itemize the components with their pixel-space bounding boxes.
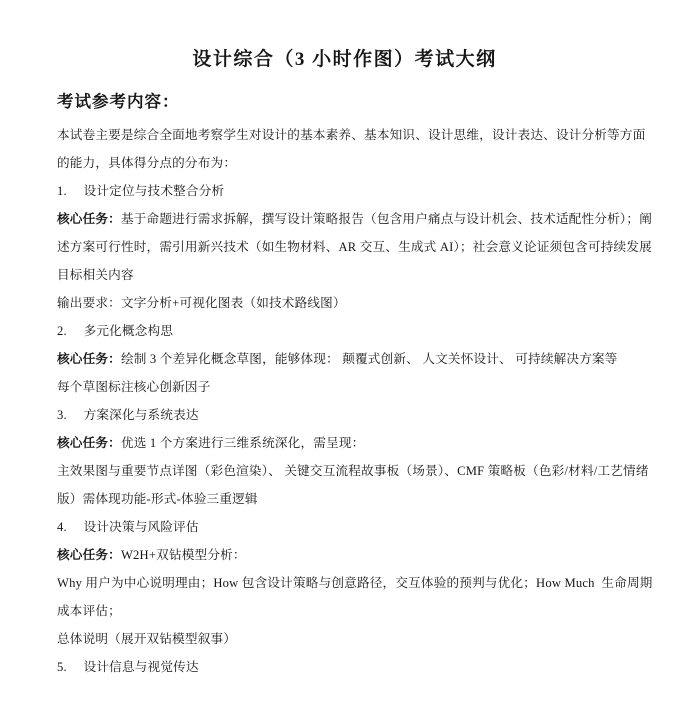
line-bold-prefix: 核心任务： [57,212,121,226]
text-line: 成本评估； [57,597,632,625]
line-text: 主效果图与重要节点详图（彩色渲染）、 关键交互流程故事板（场景）、CMF 策略板… [57,464,649,478]
line-text: 本试卷主要是综合全面地考察学生对设计的基本素养、基本知识、设计思维，设计表达、设… [57,128,646,142]
core-task-line: 核心任务：基于命题进行需求拆解，撰写设计策略报告（包含用户痛点与设计机会、技术适… [57,205,632,233]
line-text: 5. 设计信息与视觉传达 [57,660,199,674]
line-text: 优选 1 个方案进行三维系统深化，需呈现： [121,436,364,450]
text-line: 总体说明（展开双钻模型叙事） [57,625,632,653]
core-task-line: 核心任务：优选 1 个方案进行三维系统深化，需呈现： [57,429,632,457]
line-text: 1. 设计定位与技术整合分析 [57,184,224,198]
text-line: Why 用户为中心说明理由；How 包含设计策略与创意路径，交互体验的预判与优化… [57,569,632,597]
line-bold-prefix: 核心任务： [57,548,121,562]
section-heading: 考试参考内容： [57,90,632,114]
line-text: 4. 设计决策与风险评估 [57,520,199,534]
line-text: 成本评估； [57,604,121,618]
line-text: 述方案可行性时，需引用新兴技术（如生物材料、AR 交互、生成式 AI）；社会意义… [57,240,652,254]
list-item-4: 4. 设计决策与风险评估 [57,513,632,541]
text-line: 目标相关内容 [57,261,632,289]
text-line: 述方案可行性时，需引用新兴技术（如生物材料、AR 交互、生成式 AI）；社会意义… [57,233,632,261]
text-line: 的能力，具体得分点的分布为： [57,149,632,177]
text-line: 每个草图标注核心创新因子 [57,373,632,401]
text-line: 本试卷主要是综合全面地考察学生对设计的基本素养、基本知识、设计思维，设计表达、设… [57,121,632,149]
list-item-5: 5. 设计信息与视觉传达 [57,653,632,681]
list-item-2: 2. 多元化概念构思 [57,317,632,345]
document-page: 设计综合（3 小时作图）考试大纲 考试参考内容： 本试卷主要是综合全面地考察学生… [0,0,686,715]
line-text: 的能力，具体得分点的分布为： [57,156,236,170]
line-text: 绘制 3 个差异化概念草图，能够体现： 颠覆式创新、 人文关怀设计、 可持续解决… [121,352,618,366]
list-item-1: 1. 设计定位与技术整合分析 [57,177,632,205]
core-task-line: 核心任务：绘制 3 个差异化概念草图，能够体现： 颠覆式创新、 人文关怀设计、 … [57,345,632,373]
list-item-3: 3. 方案深化与系统表达 [57,401,632,429]
line-text: 总体说明（展开双钻模型叙事） [57,632,236,646]
line-text: 输出要求：文字分析+可视化图表（如技术路线图） [57,296,346,310]
line-text: 3. 方案深化与系统表达 [57,408,199,422]
line-text: Why 用户为中心说明理由；How 包含设计策略与创意路径，交互体验的预判与优化… [57,576,653,590]
document-body: 本试卷主要是综合全面地考察学生对设计的基本素养、基本知识、设计思维，设计表达、设… [57,121,632,681]
line-text: 版）需体现功能-形式-体验三重逻辑 [57,492,258,506]
text-line: 版）需体现功能-形式-体验三重逻辑 [57,485,632,513]
line-bold-prefix: 核心任务： [57,436,121,450]
output-requirement-line: 输出要求：文字分析+可视化图表（如技术路线图） [57,289,632,317]
line-text: W2H+双钻模型分析： [121,548,246,562]
line-text: 目标相关内容 [57,268,134,282]
text-line: 主效果图与重要节点详图（彩色渲染）、 关键交互流程故事板（场景）、CMF 策略板… [57,457,632,485]
document-title: 设计综合（3 小时作图）考试大纲 [57,45,632,75]
line-text: 基于命题进行需求拆解，撰写设计策略报告（包含用户痛点与设计机会、技术适配性分析）… [121,212,652,226]
core-task-line: 核心任务：W2H+双钻模型分析： [57,541,632,569]
line-bold-prefix: 核心任务： [57,352,121,366]
line-text: 每个草图标注核心创新因子 [57,380,211,394]
line-text: 2. 多元化概念构思 [57,324,173,338]
